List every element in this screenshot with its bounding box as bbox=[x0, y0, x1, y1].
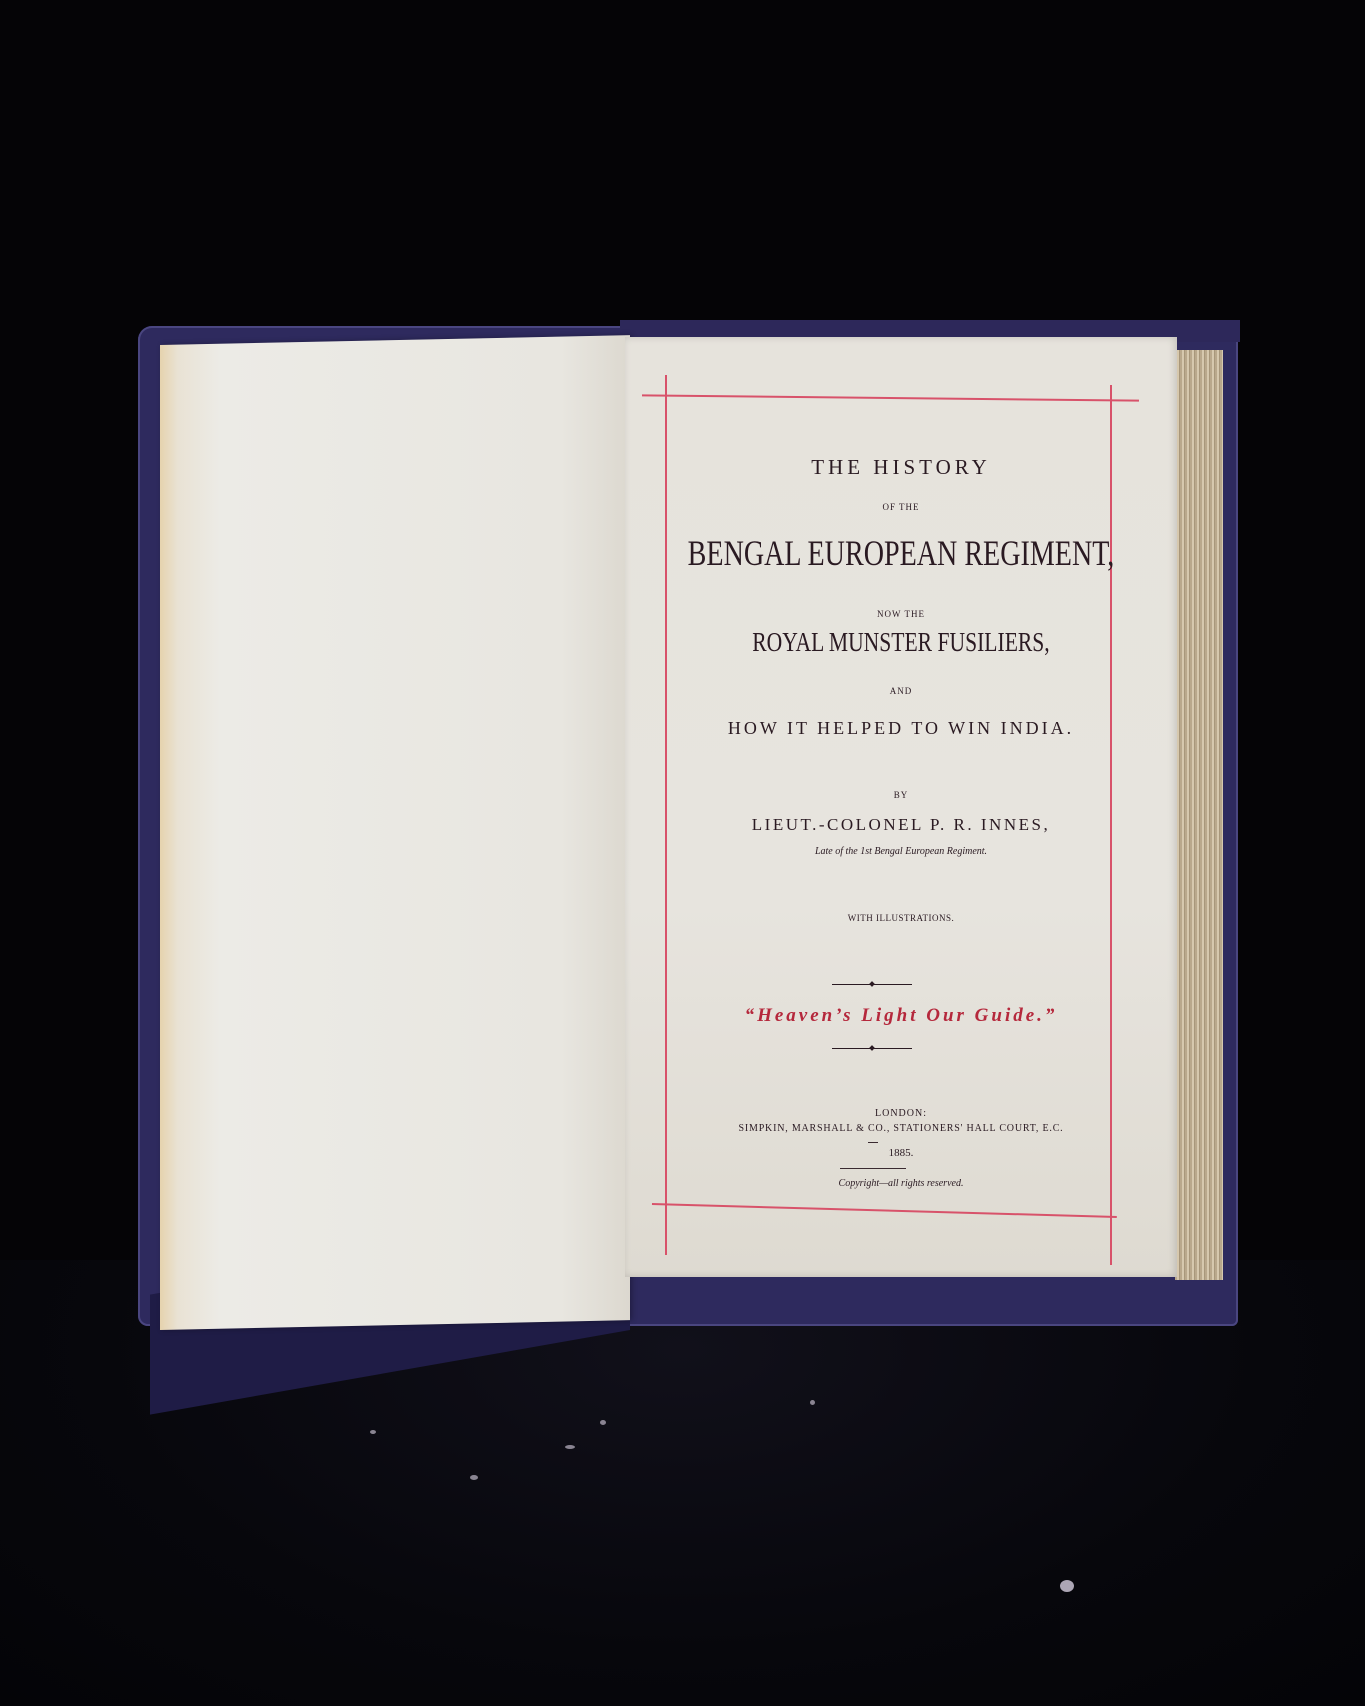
dust-speck bbox=[1060, 1580, 1074, 1592]
imprint-year: 1885. bbox=[625, 1147, 1177, 1159]
title-of-the: OF THE bbox=[625, 502, 1177, 512]
short-rule bbox=[868, 1142, 878, 1143]
copyright-rule bbox=[840, 1168, 906, 1169]
dust-speck bbox=[370, 1430, 376, 1434]
motto: “Heaven’s Light Our Guide.” bbox=[625, 1005, 1177, 1027]
dust-speck bbox=[600, 1420, 606, 1425]
author-note: Late of the 1st Bengal European Regiment… bbox=[625, 846, 1177, 857]
dust-speck bbox=[810, 1400, 815, 1405]
dust-speck bbox=[470, 1475, 478, 1480]
imprint-place: LONDON: bbox=[625, 1108, 1177, 1119]
with-illustrations: WITH ILLUSTRATIONS. bbox=[625, 913, 1177, 923]
title-bengal-european-regiment: BENGAL EUROPEAN REGIMENT, bbox=[686, 532, 1117, 574]
copyright-notice: Copyright—all rights reserved. bbox=[625, 1178, 1177, 1189]
title-the-history: THE HISTORY bbox=[625, 455, 1177, 480]
title-now-the: NOW THE bbox=[625, 609, 1177, 619]
title-by: BY bbox=[625, 790, 1177, 800]
title-royal-munster-fusiliers: ROYAL MUNSTER FUSILIERS, bbox=[680, 627, 1122, 658]
imprint-publisher: SIMPKIN, MARSHALL & CO., STATIONERS' HAL… bbox=[625, 1123, 1177, 1134]
dust-speck bbox=[565, 1445, 575, 1449]
title-how-it-helped: HOW IT HELPED TO WIN INDIA. bbox=[625, 718, 1177, 739]
title-and: AND bbox=[625, 686, 1177, 696]
page-fore-edge bbox=[1175, 350, 1223, 1280]
author-name: LIEUT.-COLONEL P. R. INNES, bbox=[625, 815, 1177, 835]
left-endpaper-page bbox=[160, 335, 630, 1330]
